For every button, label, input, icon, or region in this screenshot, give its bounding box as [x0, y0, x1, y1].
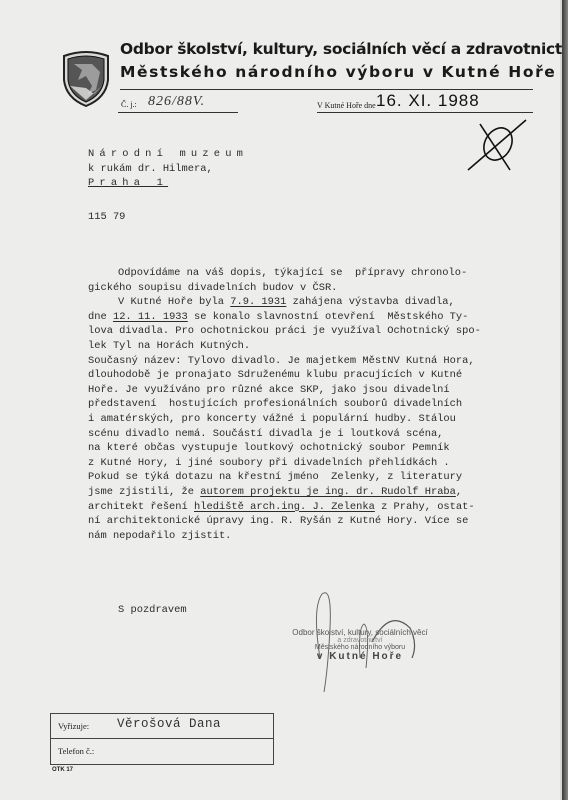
reference-underline — [118, 112, 238, 113]
letterhead-rule — [120, 89, 533, 90]
handled-by-row: Vyřizuje: Věrošová Dana — [51, 714, 273, 739]
project-author: autorem projektu je ing. dr. Rudolf Hrab… — [200, 486, 456, 498]
auditorium-architect: hlediště arch.ing. J. Zelenka — [194, 501, 375, 513]
letter-page: Odbor školství, kultury, sociálních věcí… — [0, 0, 562, 800]
body-line: lek Tyl na Horách Kutných. — [88, 340, 250, 352]
reference-label: Č. j.: — [121, 100, 137, 109]
stamp-line: Odbor školství, kultury, sociálních věcí — [280, 628, 440, 637]
body-line: ní architektonické úpravy ing. R. Ryšán … — [88, 515, 468, 527]
body-line: zahájena výstavba divadla, — [286, 296, 454, 308]
phone-row: Telefon č.: — [51, 739, 273, 763]
letterhead-authority: Městského národního výboru v Kutné Hoře — [120, 63, 556, 81]
body-line: Odpovídáme na váš dopis, týkající se pří… — [88, 267, 467, 279]
recipient-city: Praha 1 — [88, 177, 168, 189]
body-line: V Kutné Hoře byla — [88, 296, 230, 308]
body-line: nám nepodařilo zjistit. — [88, 530, 231, 542]
recipient-attention: k rukám dr. Hilmera, — [88, 163, 213, 175]
construction-date: 7.9. 1931 — [230, 296, 286, 308]
stamp-line: Městského národního výboru — [280, 644, 440, 651]
body-line: lova divadla. Pro ochotnickou práci je v… — [88, 325, 481, 337]
stamp-line: a zdravotnictví — [280, 637, 440, 644]
stamp-line: v Kutné Hoře — [280, 651, 440, 662]
body-line: dlouhodobě je pronajato Sdruženému klubu… — [88, 369, 462, 381]
coat-of-arms-icon — [60, 50, 112, 108]
body-line: se konalo slavnostní otevření Městského … — [188, 311, 469, 323]
body-line: i amatérských, pro koncerty vážné i popu… — [88, 413, 456, 425]
body-line: Pokud se týká dotazu na křestní jméno Ze… — [88, 471, 462, 483]
body-line: představení hostujících profesionálních … — [88, 398, 462, 410]
recipient-postcode: 115 79 — [88, 211, 125, 223]
crossed-circle-mark-icon — [462, 112, 532, 182]
official-stamp: Odbor školství, kultury, sociálních věcí… — [280, 628, 440, 662]
body-line: na které občas vystupuje loutkový ochotn… — [88, 442, 450, 454]
recipient-address: Národní muzeum k rukám dr. Hilmera, Prah… — [88, 147, 248, 191]
body-line: z Prahy, ostat- — [375, 501, 475, 513]
body-line: z Kutné Hory, i jiné soubory při divadel… — [88, 457, 450, 469]
handled-by-value: Věrošová Dana — [117, 717, 221, 731]
place-date-label: V Kutné Hoře dne — [317, 101, 376, 110]
body-line: Současný název: Tylovo divadlo. Je majet… — [88, 355, 475, 367]
body-line: scénu divadlo nemá. Součástí divadla je … — [88, 428, 443, 440]
closing-greeting: S pozdravem — [118, 604, 187, 616]
form-code: OTK 17 — [52, 767, 73, 773]
letter-date: 16. XI. 1988 — [376, 91, 480, 111]
letterhead-department: Odbor školství, kultury, sociálních věcí… — [120, 40, 568, 58]
body-line: architekt řešení — [88, 501, 194, 513]
opening-date: 12. 11. 1933 — [113, 311, 188, 323]
body-line: , — [456, 486, 462, 498]
body-line: jsme zjistili, že — [88, 486, 200, 498]
reference-number: 826/88V. — [148, 94, 205, 110]
recipient-name: Národní muzeum — [88, 148, 248, 160]
page-edge — [562, 0, 568, 800]
body-line: gického soupisu divadelních budov v ČSR. — [88, 282, 337, 294]
body-line: dne — [88, 311, 113, 323]
handled-by-label: Vyřizuje: — [58, 721, 89, 731]
phone-label: Telefon č.: — [58, 746, 94, 756]
contact-box: Vyřizuje: Věrošová Dana Telefon č.: — [50, 713, 274, 765]
body-line: Hoře. Je využíváno pro různé akce SKP, j… — [88, 384, 450, 396]
letter-body: Odpovídáme na váš dopis, týkající se pří… — [88, 266, 481, 543]
